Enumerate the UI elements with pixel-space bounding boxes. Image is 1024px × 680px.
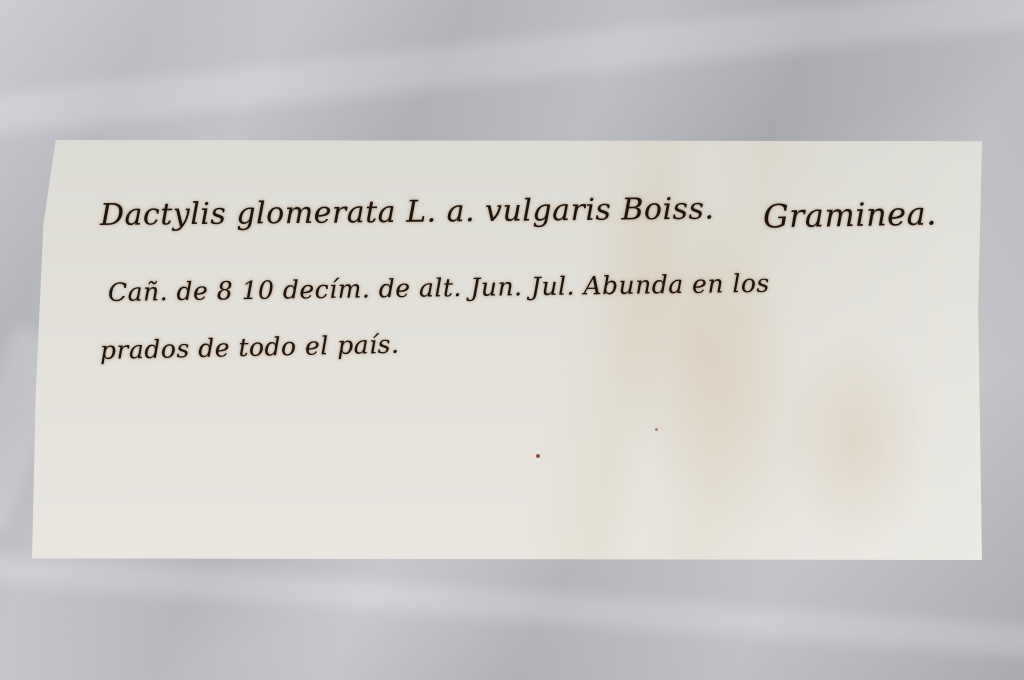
ink-speck	[536, 454, 540, 458]
ink-speck	[655, 428, 658, 431]
family-name: Graminea.	[763, 194, 937, 235]
paper-stain	[780, 330, 930, 550]
background-fold	[0, 0, 1024, 137]
species-name: Dactylis glomerata L. a. vulgaris Boiss.	[100, 192, 715, 233]
background-fold	[0, 550, 1024, 660]
